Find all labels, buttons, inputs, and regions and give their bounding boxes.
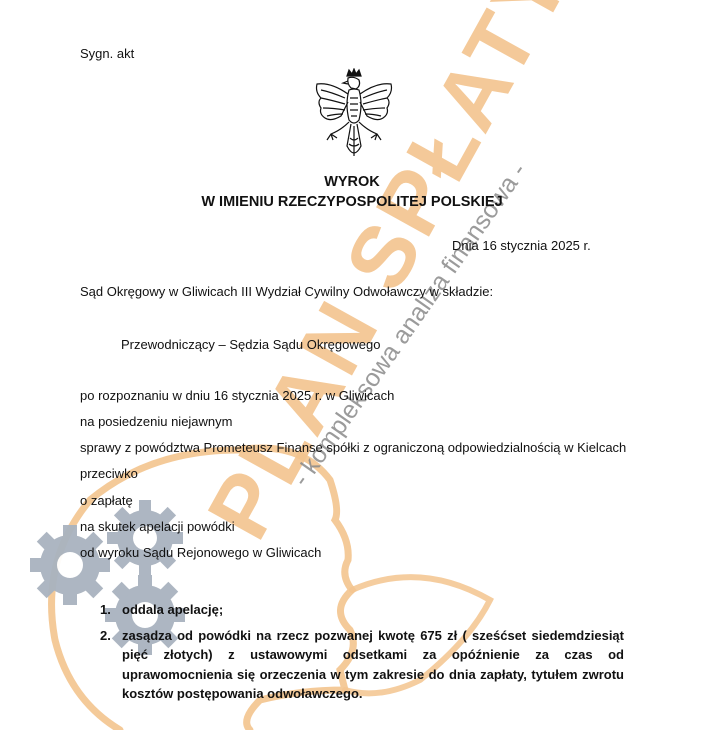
ruling-text: zasądza od powódki na rzecz pozwanej kwo… (122, 628, 624, 702)
body-line: sprawy z powództwa Prometeusz Finanse sp… (80, 440, 626, 455)
polish-eagle-emblem-icon (311, 68, 397, 164)
document-page: Sygn. akt WYROK W IMIENIU RZECZYPOSPOLIT… (0, 0, 704, 730)
body-line: na skutek apelacji powódki (80, 519, 235, 534)
ruling-text: oddala apelację; (122, 602, 223, 617)
body-line: o zapłatę (80, 493, 133, 508)
ruling-number: 1. (100, 600, 111, 620)
document-subtitle: W IMIENIU RZECZYPOSPOLITEJ POLSKIEJ (0, 194, 704, 210)
document-title: WYROK (0, 174, 704, 190)
body-line: na posiedzeniu niejawnym (80, 414, 232, 429)
case-reference-label: Sygn. akt (80, 46, 134, 61)
rulings-list: 1. oddala apelację; 2. zasądza od powódk… (100, 600, 624, 710)
ruling-number: 2. (100, 626, 111, 646)
presiding-judge: Przewodniczący – Sędzia Sądu Okręgowego (121, 337, 380, 352)
court-composition: Sąd Okręgowy w Gliwicach III Wydział Cyw… (80, 284, 493, 299)
body-line: po rozpoznaniu w dniu 16 stycznia 2025 r… (80, 388, 394, 403)
ruling-date: Dnia 16 stycznia 2025 r. (452, 238, 591, 253)
body-line: przeciwko (80, 466, 138, 481)
ruling-item: 2. zasądza od powódki na rzecz pozwanej … (100, 626, 624, 704)
body-line: od wyroku Sądu Rejonowego w Gliwicach (80, 545, 321, 560)
ruling-item: 1. oddala apelację; (100, 600, 624, 620)
